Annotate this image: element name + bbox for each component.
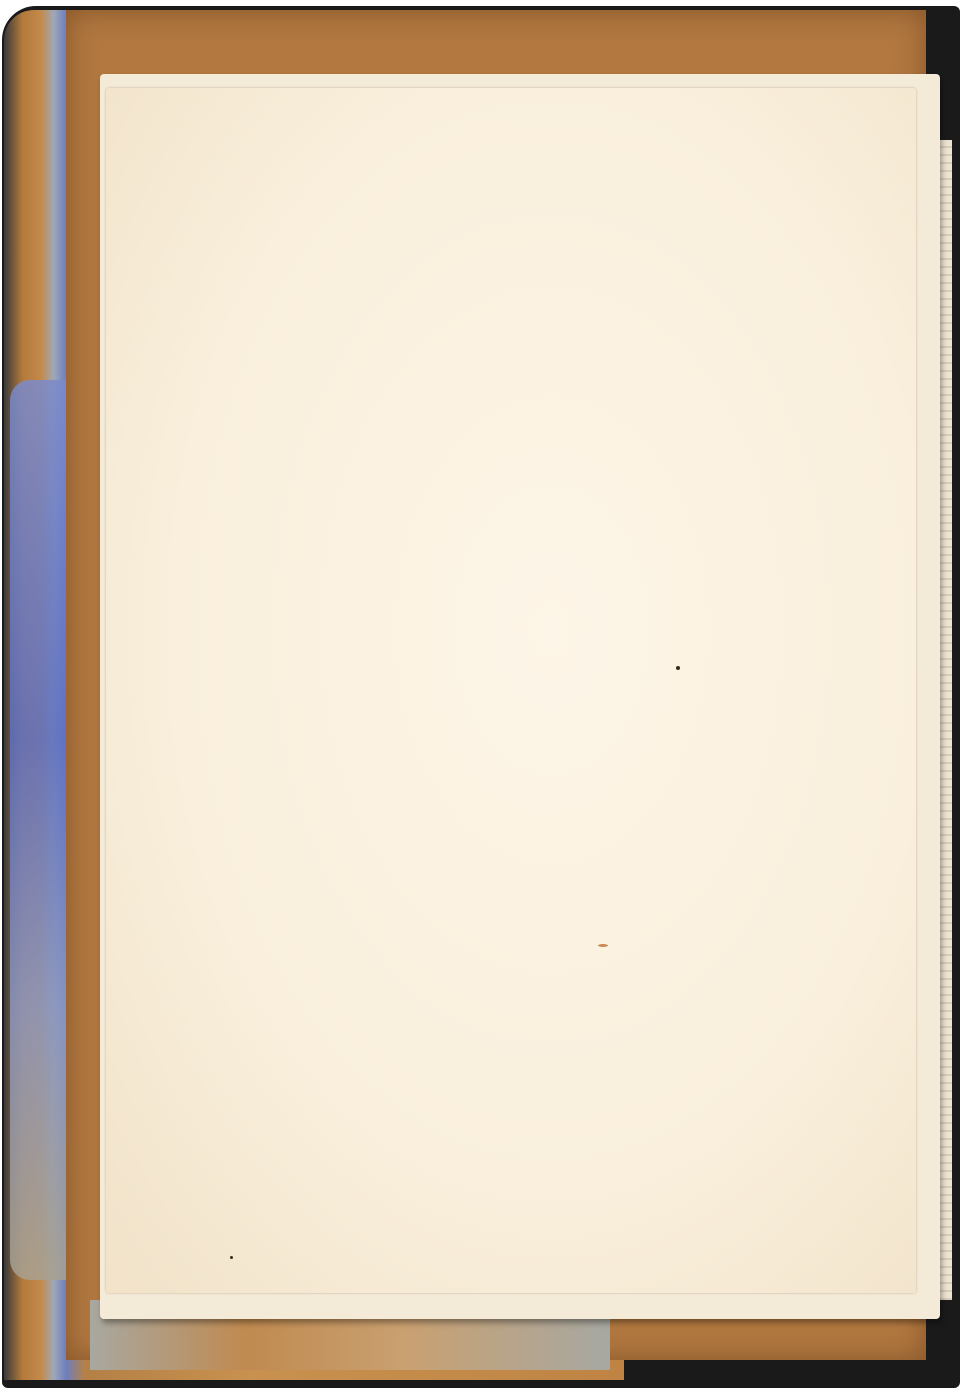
blank-page (106, 88, 916, 1293)
stain-speck (598, 944, 608, 947)
ink-speck (230, 1256, 233, 1259)
ink-speck (676, 666, 680, 670)
